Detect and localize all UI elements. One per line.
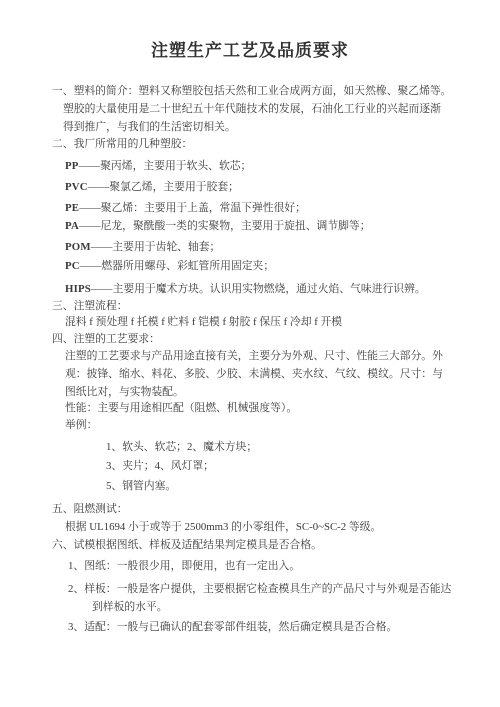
document-title: 注塑生产工艺及品质要求 — [0, 36, 500, 61]
plastic-code: HIPS — [65, 283, 91, 295]
document-page: 注塑生产工艺及品质要求 一、塑料的简介：塑料又称塑胶包括天然和工业合成两方面，如… — [0, 0, 500, 707]
plastic-desc: ——聚丙烯，主要用于软头、软芯； — [79, 160, 252, 172]
section-3-heading: 三、注塑流程： — [52, 299, 128, 313]
body-line: 观：披锋、缩水、料花、多胶、少胶、未满模、夹水纹、气纹、模纹。尺寸：与 — [65, 367, 443, 381]
plastic-code: PC — [65, 260, 80, 272]
plastic-item: PC——燃器所用螺母、彩虹管所用固定夹； — [65, 259, 274, 273]
body-line: 塑胶的大量使用是二十世纪五十年代随技术的发展，石油化工行业的兴起而逐渐 — [63, 102, 441, 116]
plastic-item: PVC——聚氯乙烯，主要用于胶套； — [65, 180, 239, 194]
section-5-heading: 五、阻燃测试： — [52, 502, 128, 516]
plastic-desc: ——主要用于魔术方块。认识用实物燃烧，通过火焰、气味进行识辨。 — [91, 283, 426, 295]
plastic-item: HIPS——主要用于魔术方块。认识用实物燃烧，通过火焰、气味进行识辨。 — [65, 282, 426, 296]
body-line: 根据 UL1694 小于或等于 2500mm3 的小零组件，SC-0~SC-2 … — [65, 520, 381, 534]
sub-item: 1、图纸：一般很少用，即便用，也有一定出入。 — [68, 559, 300, 573]
plastic-item: POM——主要用于齿轮、轴套； — [65, 240, 220, 254]
section-1-heading: 一、塑料的简介：塑料又称塑胶包括天然和工业合成两方面，如天然橡、聚乙烯等。 — [52, 84, 451, 98]
body-line: 性能：主要与用途相匹配（阻燃、机械强度等）。 — [65, 401, 297, 415]
body-line: 图纸比对，与实物装配。 — [65, 385, 184, 399]
plastic-item: PP——聚丙烯，主要用于软头、软芯； — [65, 159, 251, 173]
sub-item: 3、适配：一般与已确认的配套零部件组装，然后确定模具是否合格。 — [68, 620, 397, 634]
section-6-heading: 六、试模根据图纸、样板及适配结果判定模具是否合格。 — [52, 538, 322, 552]
example-item: 3、夹片；4、风灯罩； — [106, 459, 214, 473]
example-item: 1、软头、软芯；2、魔术方块； — [106, 440, 257, 454]
body-line: 注塑的工艺要求与产品用途直接有关，主要分为外观、尺寸、性能三大部分。外 — [65, 349, 443, 363]
sub-item-continuation: 到样板的水平。 — [92, 600, 168, 614]
plastic-code: PVC — [65, 181, 88, 193]
sub-item: 2、样板：一般是客户提供，主要根据它检查模具生产的产品尺寸与外观是否能达 — [68, 582, 451, 596]
plastic-code: PE — [65, 202, 79, 214]
plastic-desc: ——聚氯乙烯，主要用于胶套； — [88, 181, 239, 193]
plastic-code: PA — [65, 220, 79, 232]
process-flow-line: 混料 f 预处理 f 托模 f 贮料 f 铠模 f 射胶 f 保压 f 冷却 f… — [65, 315, 342, 329]
section-4-heading: 四、注塑的工艺要求： — [52, 332, 160, 346]
plastic-desc: ——聚乙烯：主要用于上盖，常温下弹性很好； — [79, 202, 306, 214]
plastic-desc: ——尼龙，聚酰酸一类的实聚物，主要用于旋扭、调节脚等； — [79, 220, 371, 232]
body-line: 举例： — [65, 418, 97, 432]
section-2-heading: 二、我厂所常用的几种塑胶： — [52, 137, 192, 151]
plastic-item: PE——聚乙烯：主要用于上盖，常温下弹性很好； — [65, 201, 306, 215]
plastic-desc: ——燃器所用螺母、彩虹管所用固定夹； — [80, 260, 274, 272]
plastic-code: PP — [65, 160, 79, 172]
plastic-item: PA——尼龙，聚酰酸一类的实聚物，主要用于旋扭、调节脚等； — [65, 219, 371, 233]
body-line: 得到推广，与我们的生活密切相关。 — [63, 120, 236, 134]
plastic-desc: ——主要用于齿轮、轴套； — [91, 241, 221, 253]
example-item: 5、钢管内塞。 — [106, 479, 176, 493]
plastic-code: POM — [65, 241, 91, 253]
